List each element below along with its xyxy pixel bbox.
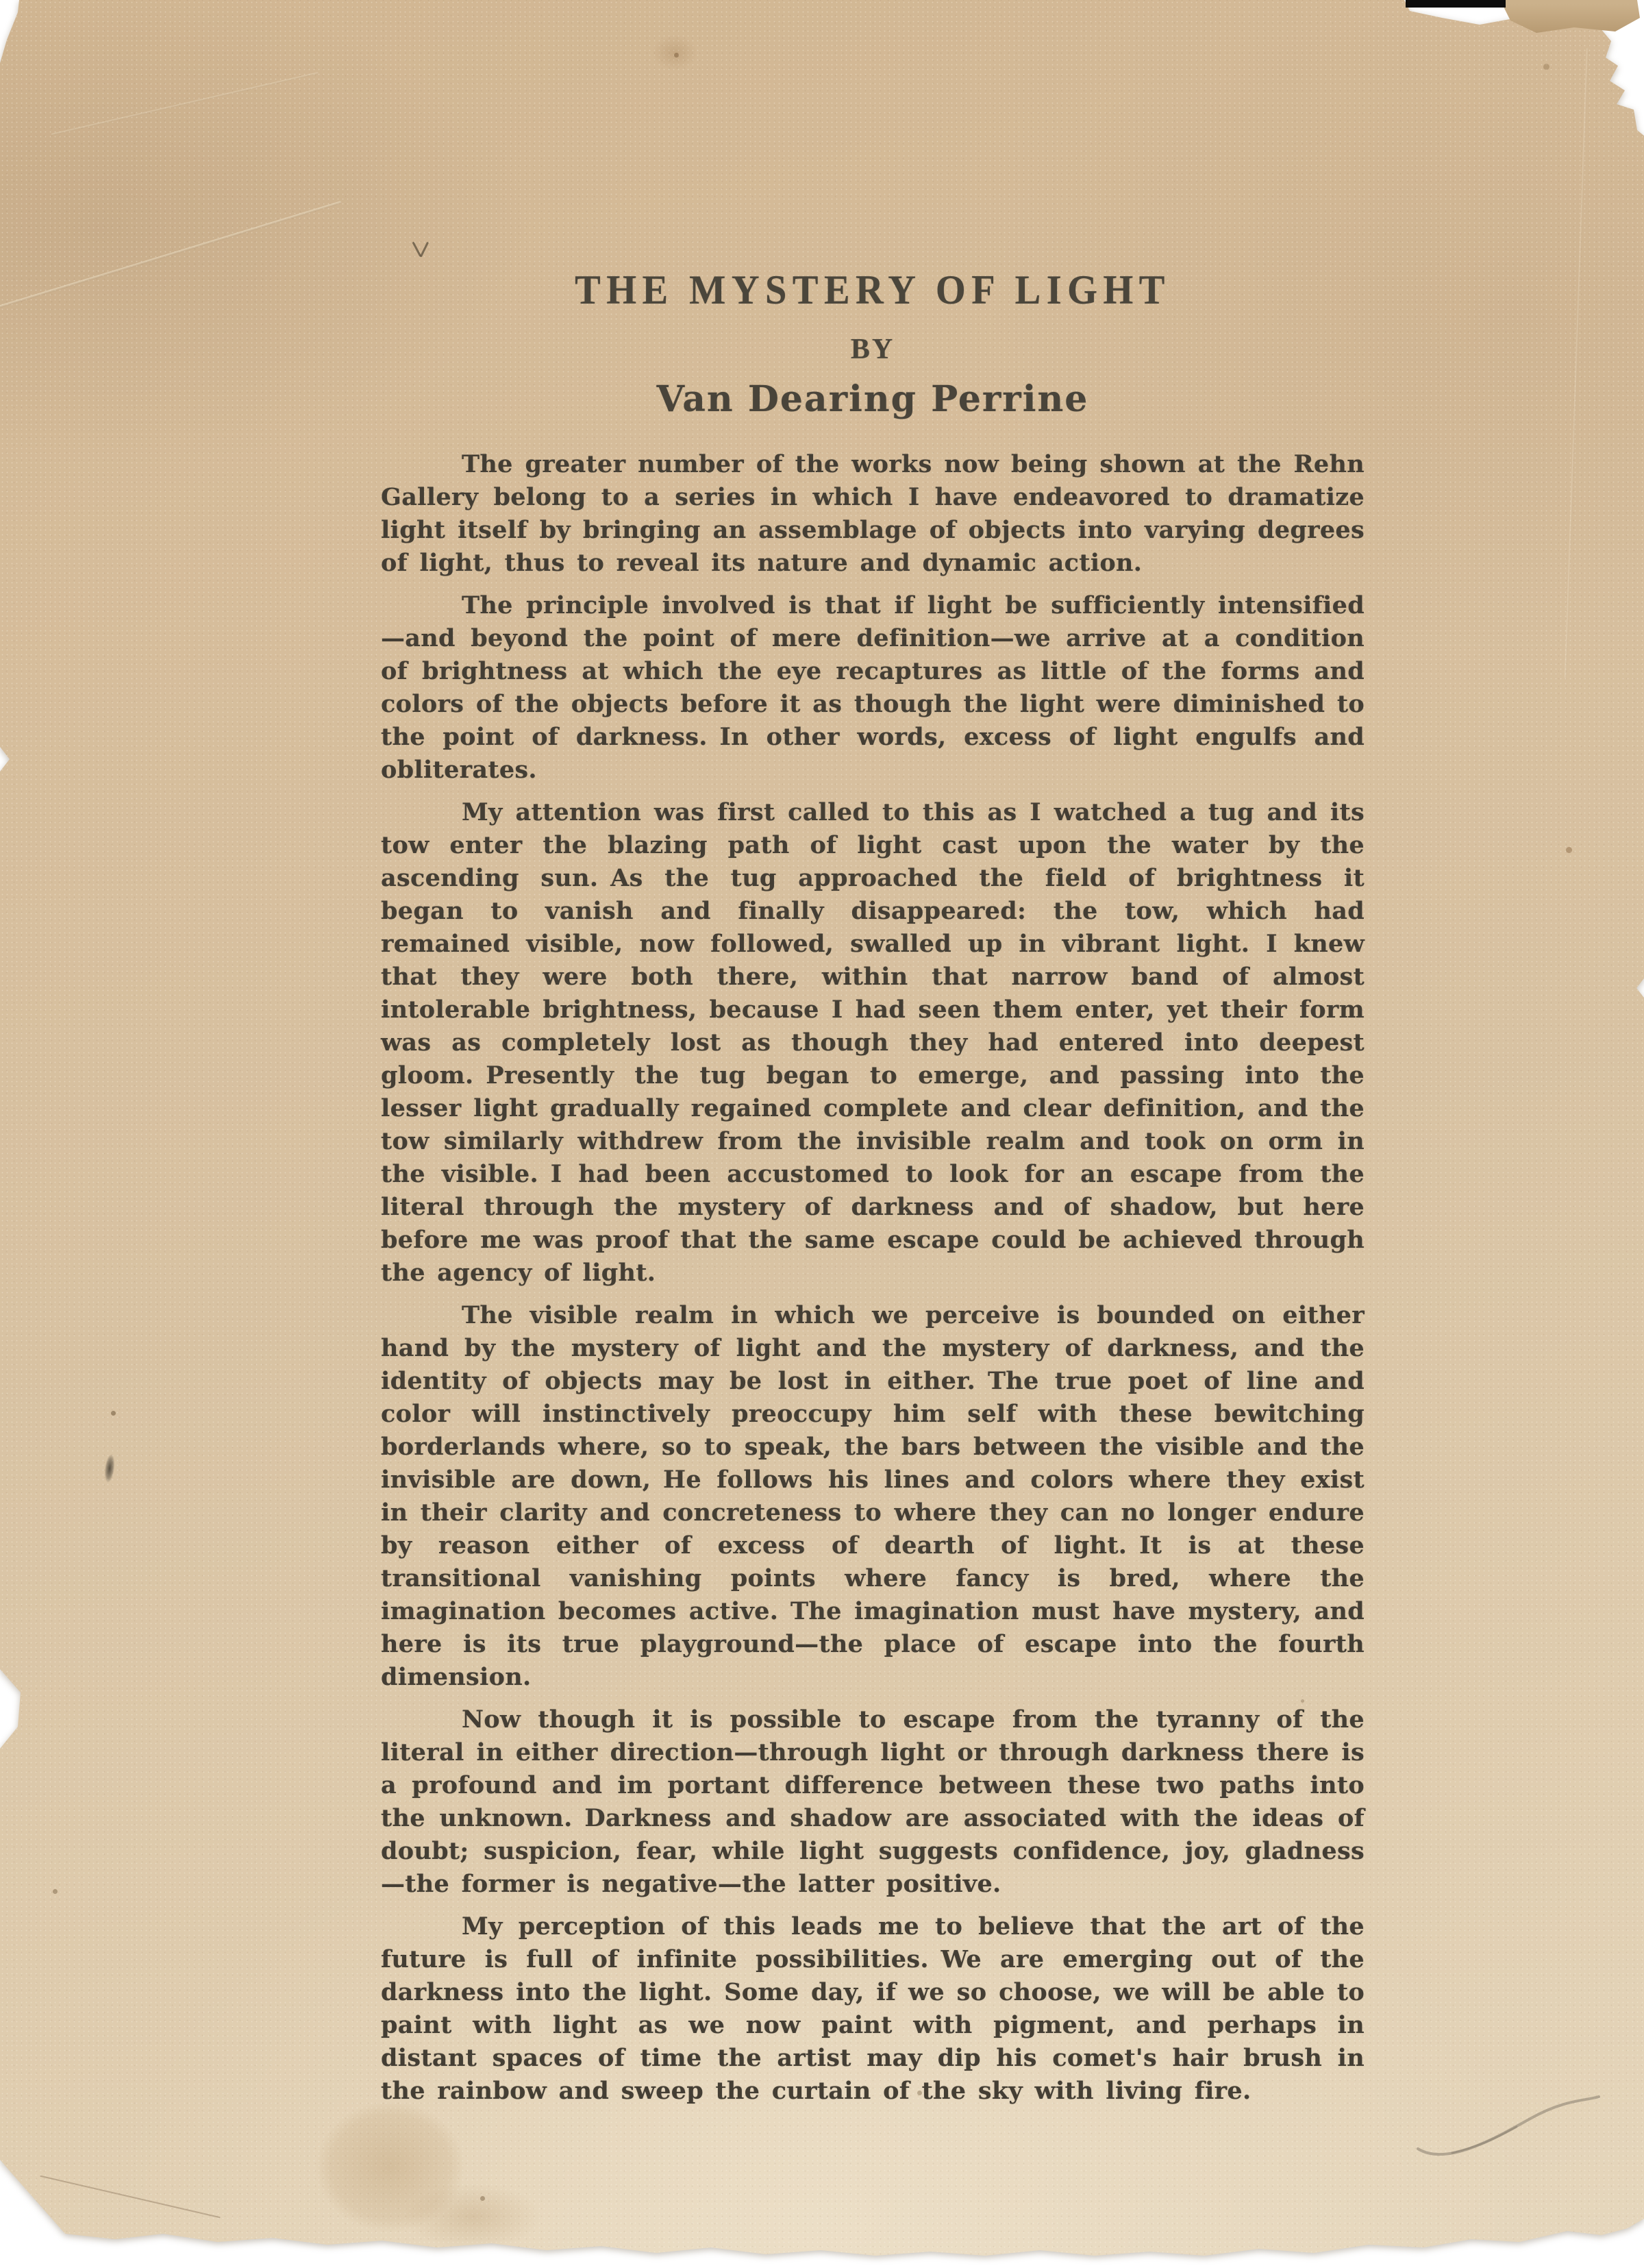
byline-label: BY <box>381 334 1365 365</box>
paragraph: The principle involved is that if light … <box>381 589 1365 787</box>
paper-shadow-wrap: THE MYSTERY OF LIGHT BY Van Dearing Perr… <box>0 0 1644 2268</box>
printed-text-block: THE MYSTERY OF LIGHT BY Van Dearing Perr… <box>381 0 1365 2117</box>
page-title: THE MYSTERY OF LIGHT <box>410 269 1335 311</box>
essay-body: The greater number of the works now bein… <box>381 448 1365 2108</box>
paragraph: The greater number of the works now bein… <box>381 448 1365 580</box>
paragraph: My attention was first called to this as… <box>381 796 1365 1290</box>
aged-paper-sheet: THE MYSTERY OF LIGHT BY Van Dearing Perr… <box>0 0 1644 2268</box>
water-stain <box>380 2172 565 2261</box>
pencil-scribble <box>1412 2083 1611 2179</box>
scan-edge-artifact <box>1406 0 1506 8</box>
scanned-page: THE MYSTERY OF LIGHT BY Van Dearing Perr… <box>0 0 1644 2268</box>
paragraph: The visible realm in which we perceive i… <box>381 1299 1365 1694</box>
author-name: Van Dearing Perrine <box>381 380 1365 419</box>
paragraph: My perception of this leads me to believ… <box>381 1910 1365 2108</box>
paragraph: Now though it is possible to escape from… <box>381 1703 1365 1901</box>
foxing-specks <box>0 0 3 3</box>
